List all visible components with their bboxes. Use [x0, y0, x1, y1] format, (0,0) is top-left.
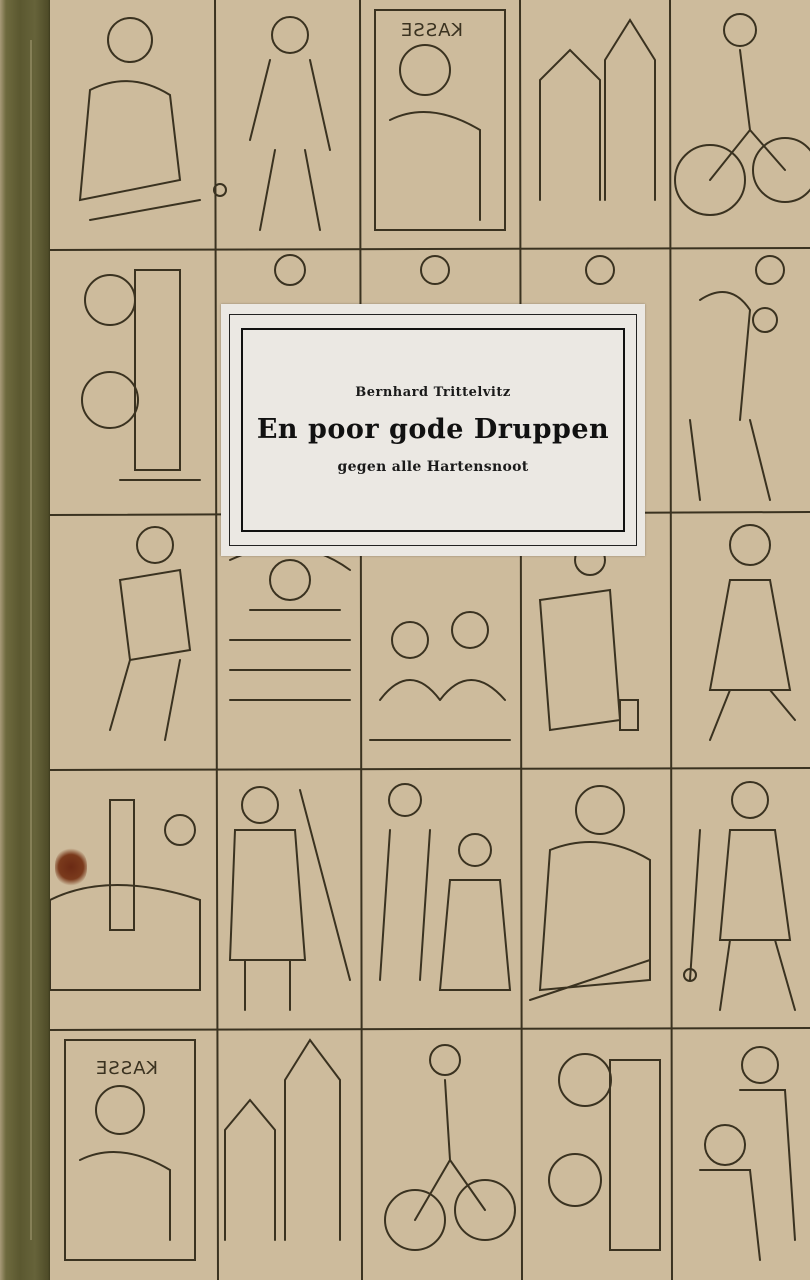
author-name: Bernhard Trittelvitz [355, 385, 511, 400]
book-cover: KASSE KASSE Bernhard Trittelvitz En poor… [0, 0, 810, 1280]
label-inner-frame: Bernhard Trittelvitz En poor gode Druppe… [241, 328, 625, 532]
spine-crease [30, 40, 32, 1240]
illustration-grid [50, 0, 810, 1280]
stain-mark [55, 848, 87, 886]
book-subtitle: gegen alle Hartensnoot [338, 459, 529, 475]
title-label: Bernhard Trittelvitz En poor gode Druppe… [221, 304, 645, 556]
book-title: En poor gode Druppen [257, 414, 609, 445]
book-spine [0, 0, 50, 1280]
kasse-sign-top: KASSE [400, 20, 463, 41]
kasse-sign-bottom: KASSE [95, 1058, 158, 1079]
